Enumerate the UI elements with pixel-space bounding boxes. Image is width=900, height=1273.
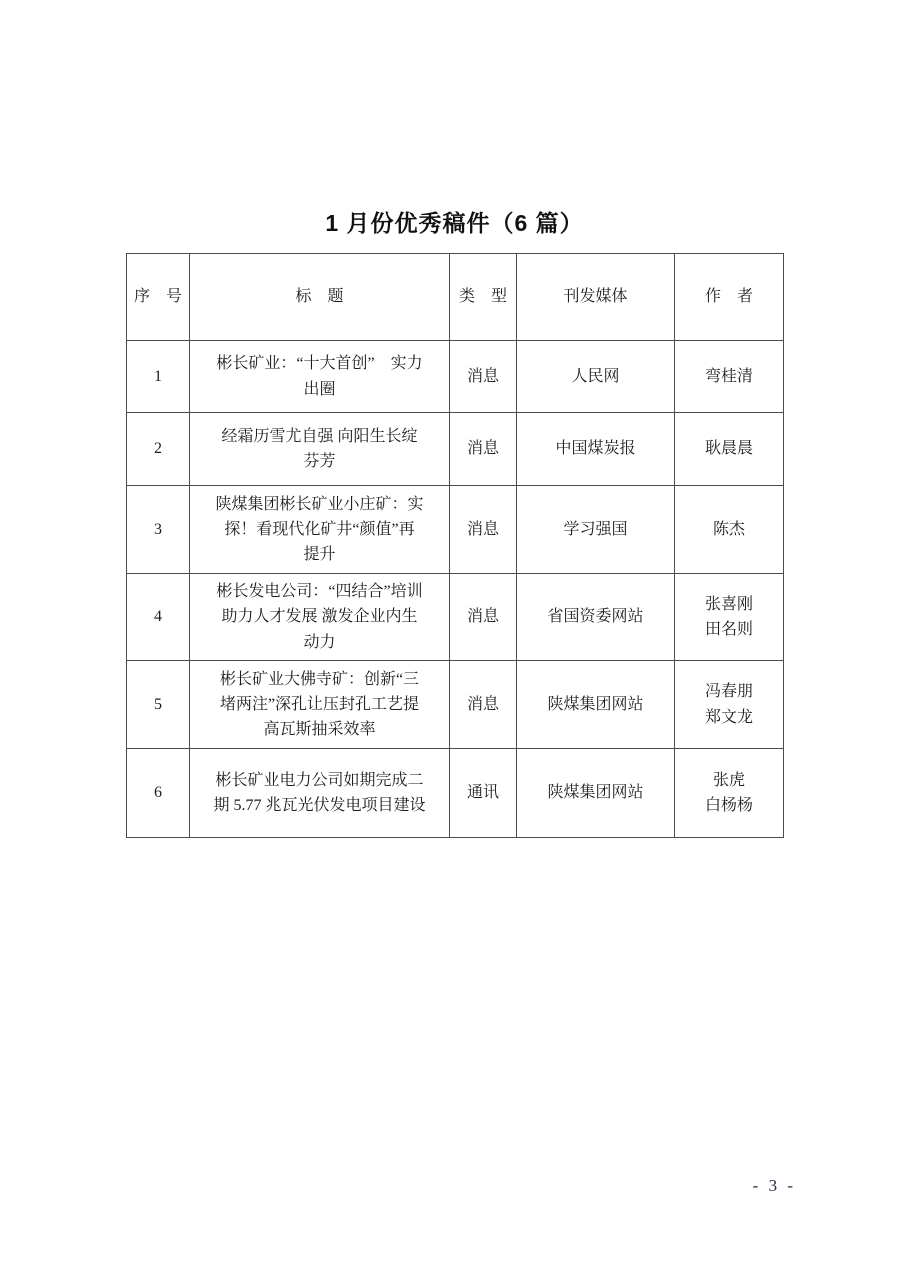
cell-serial: 3 [127,486,190,574]
table-header-row: 序 号 标 题 类 型 刊发媒体 作 者 [127,254,784,341]
cell-title: 彬长矿业电力公司如期完成二 期 5.77 兆瓦光伏发电项目建设 [190,749,450,838]
cell-media: 中国煤炭报 [517,413,675,486]
cell-author: 张虎 白杨杨 [675,749,784,838]
cell-media: 学习强国 [517,486,675,574]
manuscripts-table: 序 号 标 题 类 型 刊发媒体 作 者 1 彬长矿业：“十大首创” 实力 出圈… [126,253,784,838]
header-author: 作 者 [675,254,784,341]
cell-serial: 2 [127,413,190,486]
cell-title: 彬长发电公司：“四结合”培训 助力人才发展 激发企业内生 动力 [190,574,450,661]
cell-type: 消息 [450,486,517,574]
cell-serial: 1 [127,341,190,413]
cell-title: 陕煤集团彬长矿业小庄矿：实 探！看现代化矿井“颜值”再 提升 [190,486,450,574]
cell-type: 消息 [450,413,517,486]
cell-type: 消息 [450,341,517,413]
table-row: 5 彬长矿业大佛寺矿：创新“三 堵两注”深孔让压封孔工艺提 高瓦斯抽采效率 消息… [127,661,784,749]
cell-author: 冯春朋 郑文龙 [675,661,784,749]
cell-media: 人民网 [517,341,675,413]
cell-title: 经霜历雪尤自强 向阳生长绽 芬芳 [190,413,450,486]
cell-serial: 5 [127,661,190,749]
cell-title: 彬长矿业：“十大首创” 实力 出圈 [190,341,450,413]
page-number: - 3 - [753,1176,796,1196]
document-title: 1 月份优秀稿件（6 篇） [126,205,783,238]
cell-media: 陕煤集团网站 [517,749,675,838]
cell-type: 通讯 [450,749,517,838]
cell-author: 张喜刚 田名则 [675,574,784,661]
cell-type: 消息 [450,574,517,661]
cell-serial: 6 [127,749,190,838]
table-row: 1 彬长矿业：“十大首创” 实力 出圈 消息 人民网 弯桂清 [127,341,784,413]
cell-title: 彬长矿业大佛寺矿：创新“三 堵两注”深孔让压封孔工艺提 高瓦斯抽采效率 [190,661,450,749]
table-row: 2 经霜历雪尤自强 向阳生长绽 芬芳 消息 中国煤炭报 耿晨晨 [127,413,784,486]
cell-media: 陕煤集团网站 [517,661,675,749]
cell-media: 省国资委网站 [517,574,675,661]
table-row: 6 彬长矿业电力公司如期完成二 期 5.77 兆瓦光伏发电项目建设 通讯 陕煤集… [127,749,784,838]
header-type: 类 型 [450,254,517,341]
table-row: 3 陕煤集团彬长矿业小庄矿：实 探！看现代化矿井“颜值”再 提升 消息 学习强国… [127,486,784,574]
cell-serial: 4 [127,574,190,661]
header-title: 标 题 [190,254,450,341]
table-row: 4 彬长发电公司：“四结合”培训 助力人才发展 激发企业内生 动力 消息 省国资… [127,574,784,661]
header-media: 刊发媒体 [517,254,675,341]
cell-author: 陈杰 [675,486,784,574]
header-serial: 序 号 [127,254,190,341]
cell-author: 耿晨晨 [675,413,784,486]
cell-author: 弯桂清 [675,341,784,413]
document-page: 1 月份优秀稿件（6 篇） 序 号 标 题 类 型 刊发媒体 作 者 1 彬长矿… [0,0,900,1273]
cell-type: 消息 [450,661,517,749]
